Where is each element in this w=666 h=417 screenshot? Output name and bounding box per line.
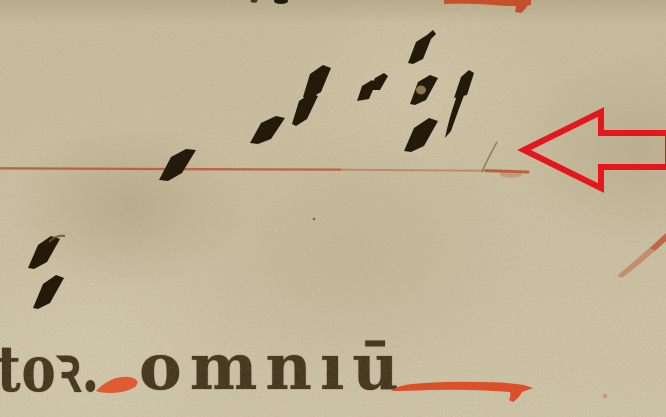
neume-ink-abrasion-spot bbox=[416, 86, 426, 95]
manuscript-marks-layer bbox=[0, 0, 666, 417]
staff-line-smudge bbox=[500, 171, 522, 177]
parchment-grain-texture bbox=[0, 0, 666, 417]
ink-speck-center bbox=[313, 218, 316, 221]
staff-line-segment-faded bbox=[340, 170, 484, 171]
red-speck bbox=[603, 394, 607, 398]
manuscript-photo: toꝛ. omnıū bbox=[0, 0, 666, 417]
